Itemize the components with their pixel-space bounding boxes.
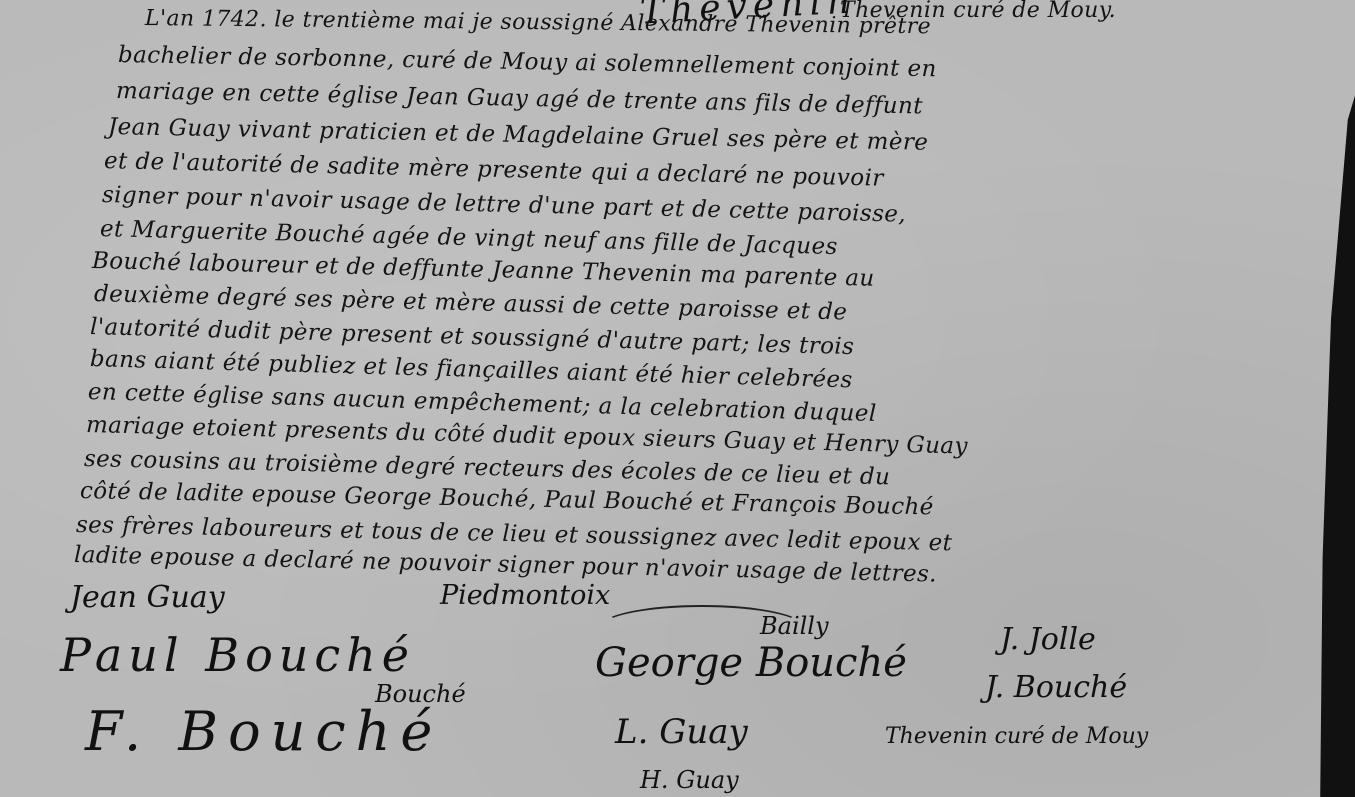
signature-paul-bouche: Paul Bouché xyxy=(60,628,415,682)
signature-george-bouche: George Bouché xyxy=(595,640,907,686)
line-4: Jean Guay vivant praticien et de Magdela… xyxy=(108,114,929,156)
signature-piedmontoix: Piedmontoix xyxy=(440,580,610,611)
line-3: mariage en cette église Jean Guay agé de… xyxy=(116,78,923,119)
manuscript-page: Thevenin Thevenin curé de Mouy. L'an 174… xyxy=(0,0,1355,797)
signature-l-guay: L. Guay xyxy=(615,712,748,752)
signature-thevenin-cure: Thevenin curé de Mouy xyxy=(885,724,1148,749)
signature-j-bouche: J. Bouché xyxy=(985,670,1127,705)
signature-f-bouche: F. Bouché xyxy=(85,700,442,763)
signature-j-jolle: J. Jolle xyxy=(1000,622,1096,657)
line-2: bachelier de sorbonne, curé de Mouy ai s… xyxy=(118,42,937,82)
signature-flourish xyxy=(600,605,804,649)
signature-h-guay: H. Guay xyxy=(640,766,739,794)
signature-jean-guay: Jean Guay xyxy=(70,580,225,615)
